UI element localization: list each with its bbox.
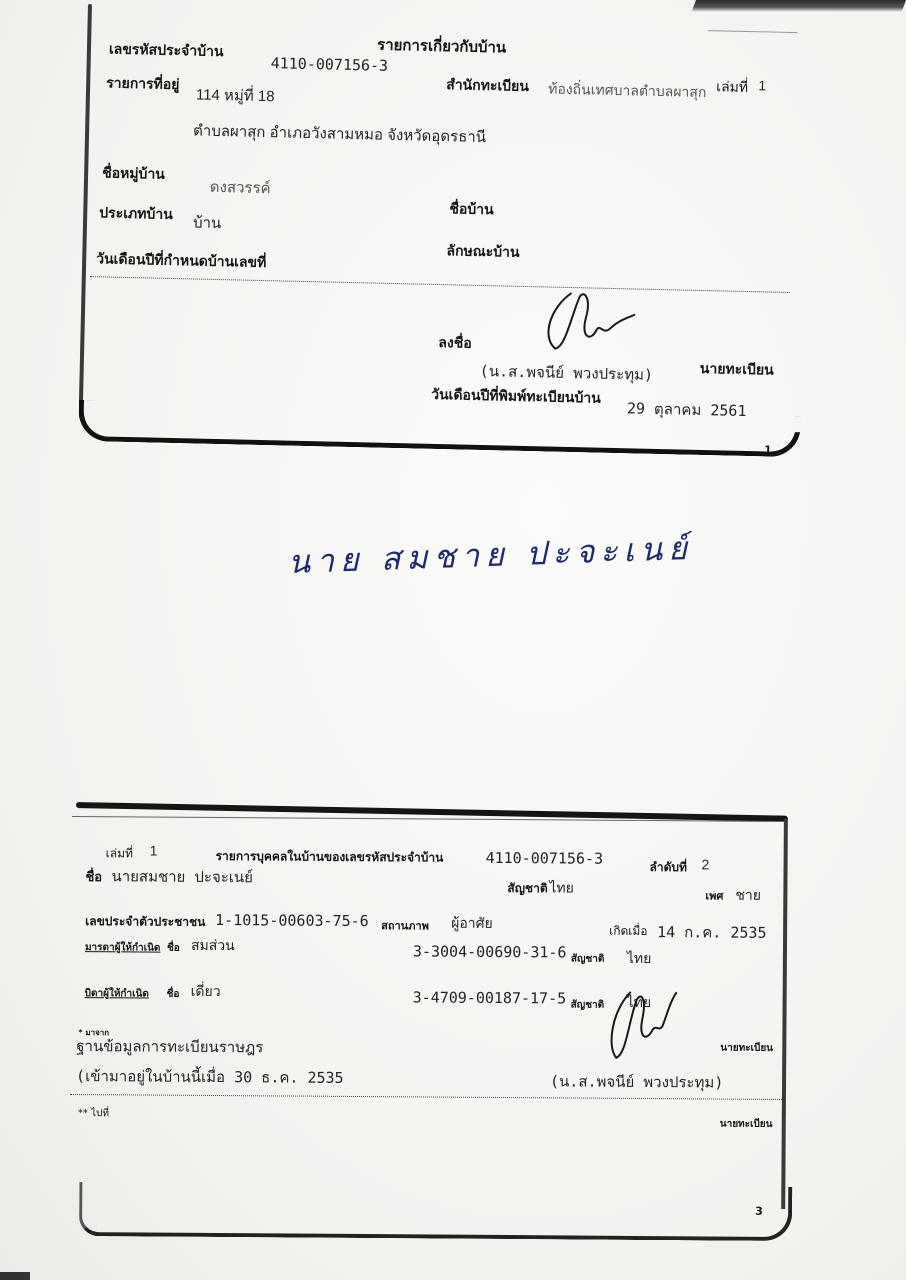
village: ดงสวรรค์ [210, 175, 271, 200]
registry-office-label: สำนักทะเบียน [446, 74, 529, 98]
citizen-id: 1-1015-00603-75-6 [215, 911, 369, 930]
village-label: ชื่อหมู่บ้าน [102, 162, 165, 185]
registrar-signature [600, 986, 681, 1067]
house-id: 4110-007156-3 [271, 54, 389, 75]
house-character-label: ลักษณะบ้าน [446, 240, 520, 264]
mother-label: มารดาผู้ให้กำเนิด [85, 940, 161, 956]
mother-name: สมส่วน [191, 935, 235, 957]
father-name-label: ชื่อ [167, 987, 180, 1002]
address-label: รายการที่อยู่ [106, 72, 180, 96]
address-line1: 114 หมู่ที่ 18 [196, 82, 275, 108]
registrar-signature [530, 286, 642, 358]
sex-label: เพศ [705, 886, 723, 904]
mother-nationality: ไทย [627, 948, 652, 970]
card-border-right [781, 819, 788, 1209]
sign-label: ลงชื่อ [438, 332, 472, 355]
house-id-label: เลขรหัสประจำบ้าน [109, 38, 224, 63]
citizen-id-label: เลขประจำตัวประชาชน [85, 912, 205, 932]
father-id: 3-4709-00187-17-5 [413, 988, 567, 1007]
registrar-name: (น.ส.พจนีย์ พวงประทุม) [550, 1069, 723, 1094]
house-type-label: ประเภทบ้าน [99, 202, 173, 226]
registrar-name: (น.ส.พจนีย์ พวงประทุม) [480, 359, 654, 387]
registrar-title: นายทะเบียน [720, 1041, 773, 1056]
father-label: บิดาผู้ให้กำเนิด [85, 986, 149, 1001]
order-no: 2 [702, 856, 710, 872]
book-label: เล่มที่ [716, 76, 748, 99]
status-label: สถานภาพ [381, 916, 429, 934]
address-line2: ตำบลผาสุก อำเภอวังสามหมอ จังหวัดอุดรธานี [193, 118, 486, 149]
section-divider [90, 276, 790, 293]
father-nationality-label: สัญชาติ [571, 997, 605, 1012]
moved-in-date: (เข้ามาอยู่ในบ้านนี้เมื่อ 30 ธ.ค. 2535 [76, 1064, 344, 1090]
page-number: 1 [764, 443, 772, 456]
moved-from: ฐานข้อมูลการทะเบียนราษฎร [76, 1034, 263, 1059]
moved-to-label: ** ไปที่ [78, 1106, 109, 1121]
scan-edge-shadow-bottom [0, 1272, 30, 1280]
name-label: ชื่อ [85, 866, 102, 887]
scan-edge-shadow [692, 0, 906, 12]
print-date: 29 ตุลาคม 2561 [627, 396, 747, 423]
book-label: เล่มที่ [106, 844, 133, 863]
house-id: 4110-007156-3 [486, 849, 604, 868]
person-name: นายสมชาย ปะจะเนย์ [111, 864, 253, 889]
status: ผู้อาศัย [451, 913, 493, 935]
birth-date: 14 ก.ค. 2535 [657, 920, 767, 945]
print-date-label: วันเดือนปีที่พิมพ์ทะเบียนบ้าน [431, 384, 601, 410]
mother-name-label: ชื่อ [167, 941, 180, 956]
mother-nationality-label: สัญชาติ [571, 951, 605, 966]
registry-office: ท้องถิ่นเทศบาลตำบลผาสุก [548, 78, 707, 104]
nationality-label: สัญชาติ [507, 879, 547, 898]
registrar-title: นายทะเบียน [700, 358, 774, 382]
order-label: ลำดับที่ [649, 858, 687, 877]
house-name-label: ชื่อบ้าน [449, 198, 494, 221]
card-border-top [708, 30, 798, 33]
page-number: 3 [755, 1205, 763, 1218]
father-name: เดี่ยว [191, 981, 221, 1003]
nationality: ไทย [549, 877, 574, 899]
mother-id: 3-3004-00690-31-6 [413, 942, 567, 961]
book-no: 1 [758, 77, 766, 93]
section-divider [70, 1094, 782, 1100]
card-title: รายการเกี่ยวกับบ้าน [377, 33, 507, 60]
assigned-date-label: วันเดือนปีที่กำหนดบ้านเลขที่ [96, 248, 267, 274]
book-no: 1 [150, 843, 158, 859]
birth-label: เกิดเมื่อ [609, 922, 648, 941]
person-info-card: เล่มที่ 1 รายการบุคคลในบ้านของเลขรหัสประ… [69, 802, 792, 1247]
sex: ชาย [735, 885, 761, 907]
card-border-bottom [79, 1182, 792, 1241]
house-info-card: รายการเกี่ยวกับบ้าน เลขรหัสประจำบ้าน 411… [78, 4, 800, 460]
registrar-title-2: นายทะเบียน [720, 1117, 773, 1132]
house-type: บ้าน [193, 210, 222, 235]
